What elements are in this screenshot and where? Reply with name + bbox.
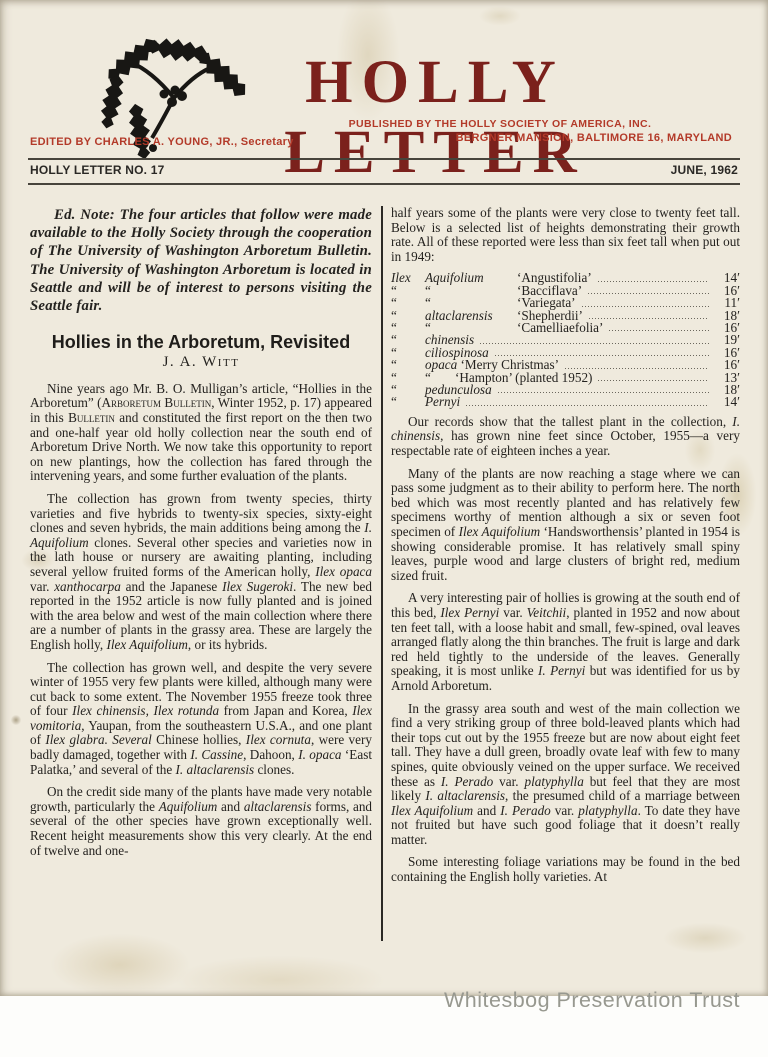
- height-list: IlexAquifolium‘Angustifolia’14′““‘Baccif…: [391, 272, 740, 408]
- dotted-leader: [495, 355, 709, 356]
- dotted-leader: [582, 306, 709, 307]
- newsletter-page: HOLLY LETTER PUBLISHED BY THE HOLLY SOCI…: [0, 0, 768, 996]
- height-value: 14′: [714, 396, 740, 408]
- dotted-leader: [466, 405, 709, 406]
- header-rule-bottom: [28, 183, 740, 185]
- right-column: half years some of the plants were very …: [391, 206, 740, 941]
- dotted-leader: [480, 343, 709, 344]
- dotted-leader: [588, 293, 709, 294]
- body-paragraph: The collection has grown from twenty spe…: [30, 492, 372, 653]
- body-paragraph: In the grassy area south and west of the…: [391, 702, 740, 848]
- issue-date: JUNE, 1962: [671, 163, 738, 177]
- article-title: Hollies in the Arboretum, Revisited: [30, 332, 372, 352]
- body-paragraph: Our records show that the tallest plant …: [391, 415, 740, 459]
- height-list-row: “Pernyi14′: [391, 396, 740, 408]
- dotted-leader: [498, 392, 709, 393]
- body-paragraph: On the credit side many of the plants ha…: [30, 785, 372, 858]
- issue-number: HOLLY LETTER NO. 17: [30, 163, 165, 177]
- published-by-line: PUBLISHED BY THE HOLLY SOCIETY OF AMERIC…: [245, 118, 755, 130]
- dotted-leader: [598, 281, 709, 282]
- right-paragraphs: Our records show that the tallest plant …: [391, 415, 740, 885]
- body-paragraph: The collection has grown well, and despi…: [30, 661, 372, 778]
- continuation-paragraph: half years some of the plants were very …: [391, 206, 740, 264]
- dotted-leader: [609, 330, 709, 331]
- edited-by-line: EDITED BY CHARLES A. YOUNG, JR., Secreta…: [30, 136, 294, 148]
- body-paragraph: Some interesting foliage variations may …: [391, 855, 740, 884]
- body-paragraph: Many of the plants are now reaching a st…: [391, 467, 740, 584]
- watermark-text: Whitesbog Preservation Trust: [444, 988, 740, 1013]
- left-paragraphs: Nine years ago Mr. B. O. Mulligan’s arti…: [30, 382, 372, 858]
- article-body: Ed. Note: The four articles that follow …: [30, 206, 740, 941]
- editor-note: Ed. Note: The four articles that follow …: [30, 206, 372, 315]
- dotted-leader: [565, 368, 709, 369]
- publisher-address: BERGNER MANSION, BALTIMORE 16, MARYLAND: [456, 132, 732, 144]
- masthead: HOLLY LETTER PUBLISHED BY THE HOLLY SOCI…: [0, 0, 768, 200]
- header-rule-top: [28, 158, 740, 160]
- article-byline: J. A. Witt: [30, 355, 372, 370]
- left-column: Ed. Note: The four articles that follow …: [30, 206, 372, 941]
- dotted-leader: [598, 380, 709, 381]
- column-divider-rule: [381, 206, 383, 941]
- body-paragraph: A very interesting pair of hollies is gr…: [391, 591, 740, 693]
- issue-row: HOLLY LETTER NO. 17 JUNE, 1962: [30, 163, 738, 177]
- dotted-leader: [589, 318, 709, 319]
- body-paragraph: Nine years ago Mr. B. O. Mulligan’s arti…: [30, 382, 372, 484]
